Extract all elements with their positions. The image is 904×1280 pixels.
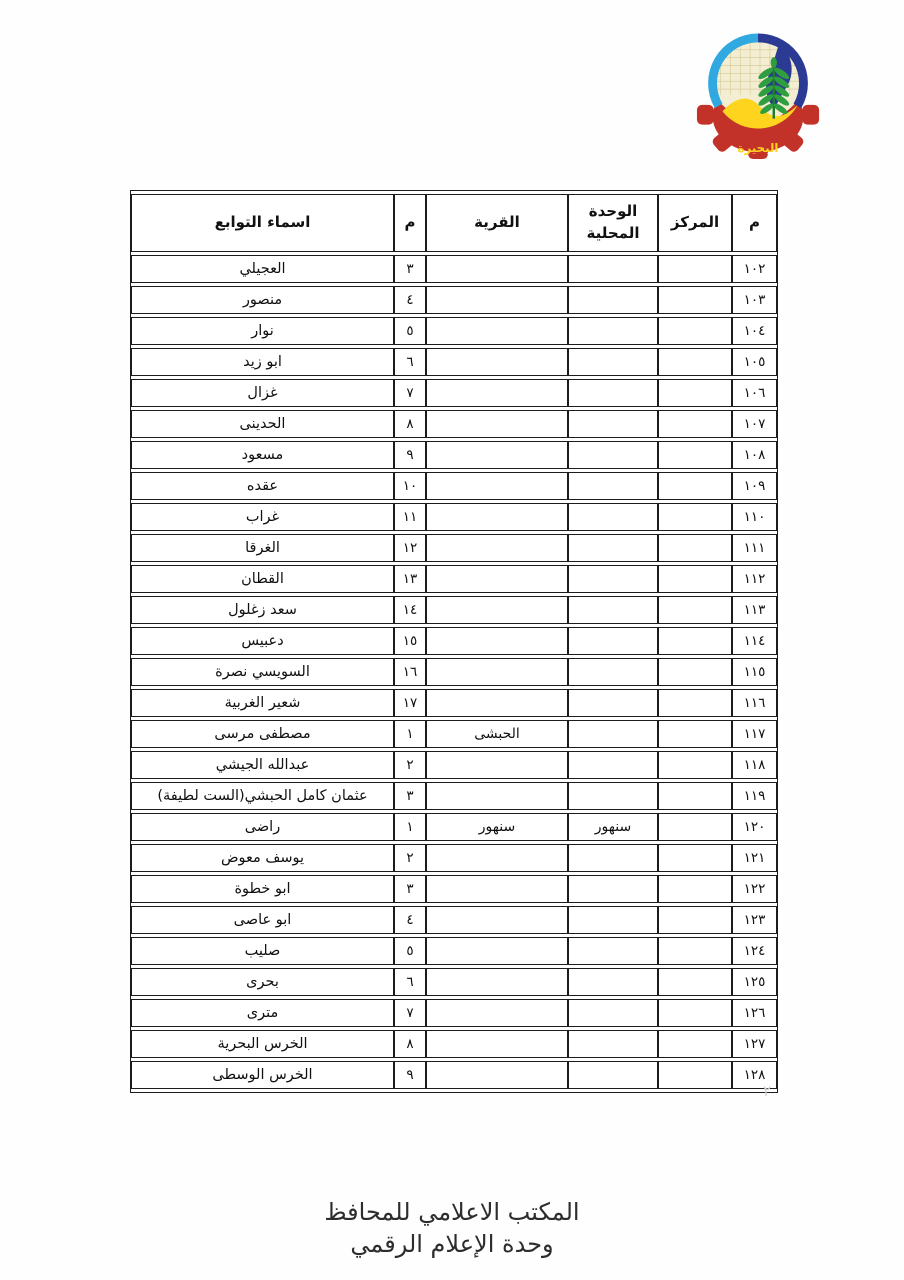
cell-center [658, 503, 732, 531]
cell-serial: ١١١ [732, 534, 777, 562]
cell-num: ١٠ [394, 472, 426, 500]
cell-village [426, 596, 568, 624]
table-row: ١٠٩ ١٠عقده [131, 472, 777, 500]
cell-village [426, 906, 568, 934]
cell-unit [568, 1030, 658, 1058]
cell-serial: ١٢٧ [732, 1030, 777, 1058]
cell-name: عثمان كامل الحبشي(الست لطيفة) [131, 782, 394, 810]
table-row: ١٢٨ ٩الخرس الوسطى [131, 1061, 777, 1089]
cell-num: ١٧ [394, 689, 426, 717]
cell-unit [568, 596, 658, 624]
header-center: المركز [658, 194, 732, 252]
cell-num: ٤ [394, 286, 426, 314]
cell-num: ١ [394, 813, 426, 841]
cell-unit [568, 255, 658, 283]
cell-unit [568, 534, 658, 562]
cell-name: عقده [131, 472, 394, 500]
cell-center [658, 565, 732, 593]
cell-unit [568, 441, 658, 469]
cell-village [426, 937, 568, 965]
cell-village [426, 286, 568, 314]
cell-num: ٩ [394, 1061, 426, 1089]
table-row: ١٢٢ ٣ابو خطوة [131, 875, 777, 903]
table-body: ١٠٢ ٣العجيلي١٠٣ ٤منصور١٠٤ ٥نوار١٠٥ ٦ابو … [131, 255, 777, 1089]
table-header: م المركز الوحدة المحلية القرية م اسماء ا… [131, 194, 777, 252]
cell-village [426, 968, 568, 996]
cell-name: صليب [131, 937, 394, 965]
table-row: ١٠٣ ٤منصور [131, 286, 777, 314]
cell-name: بحرى [131, 968, 394, 996]
cell-serial: ١٠٥ [732, 348, 777, 376]
cell-center [658, 286, 732, 314]
cell-village [426, 627, 568, 655]
cell-village [426, 472, 568, 500]
footer-unit-line: وحدة الإعلام الرقمي [0, 1228, 904, 1260]
cell-serial: ١٠٣ [732, 286, 777, 314]
cell-name: يوسف معوض [131, 844, 394, 872]
cell-center [658, 999, 732, 1027]
cell-village [426, 658, 568, 686]
cell-unit [568, 906, 658, 934]
cell-num: ٨ [394, 1030, 426, 1058]
cell-serial: ١٢١ [732, 844, 777, 872]
cell-village [426, 844, 568, 872]
cell-num: ١٥ [394, 627, 426, 655]
cell-center [658, 782, 732, 810]
cell-num: ٢ [394, 751, 426, 779]
cell-name: القطان [131, 565, 394, 593]
cell-unit [568, 348, 658, 376]
cell-village [426, 751, 568, 779]
cell-unit [568, 410, 658, 438]
cell-name: مصطفى مرسى [131, 720, 394, 748]
table-row: ١١٤ ١٥دعبيس [131, 627, 777, 655]
cell-center [658, 441, 732, 469]
table-row: ١١٣ ١٤سعد زغلول [131, 596, 777, 624]
table-row: ١١٩ ٣عثمان كامل الحبشي(الست لطيفة) [131, 782, 777, 810]
cell-unit [568, 565, 658, 593]
cell-village [426, 1061, 568, 1089]
cell-num: ٥ [394, 937, 426, 965]
cell-name: عبدالله الجيشي [131, 751, 394, 779]
cell-name: ابو خطوة [131, 875, 394, 903]
table-row: ١٢٦ ٧مترى [131, 999, 777, 1027]
cell-center [658, 906, 732, 934]
cell-center [658, 875, 732, 903]
logo-banner-text: البحيرة [738, 141, 779, 156]
faint-page-number: ٢ [763, 1082, 771, 1100]
cell-name: غراب [131, 503, 394, 531]
table-row: ١١٢ ١٣القطان [131, 565, 777, 593]
cell-serial: ١٠٦ [732, 379, 777, 407]
cell-num: ٥ [394, 317, 426, 345]
table-row: ١٢٥ ٦بحرى [131, 968, 777, 996]
cell-name: دعبيس [131, 627, 394, 655]
governorate-emblem-icon: البحيرة [696, 32, 822, 162]
cell-village [426, 410, 568, 438]
table-row: ١٢٤ ٥صليب [131, 937, 777, 965]
cell-serial: ١٢٥ [732, 968, 777, 996]
cell-num: ٢ [394, 844, 426, 872]
cell-name: مسعود [131, 441, 394, 469]
table-row: ١١٥ ١٦السويسي نصرة [131, 658, 777, 686]
cell-name: منصور [131, 286, 394, 314]
cell-num: ١٣ [394, 565, 426, 593]
cell-village [426, 782, 568, 810]
cell-center [658, 534, 732, 562]
footer: المكتب الاعلامي للمحافظ وحدة الإعلام الر… [0, 1196, 904, 1261]
cell-center [658, 689, 732, 717]
cell-center [658, 1030, 732, 1058]
table-row: ١٠٤ ٥نوار [131, 317, 777, 345]
cell-center [658, 937, 732, 965]
cell-village [426, 1030, 568, 1058]
table-row: ١٢٧ ٨الخرس البحرية [131, 1030, 777, 1058]
cell-serial: ١٠٧ [732, 410, 777, 438]
cell-num: ١١ [394, 503, 426, 531]
cell-serial: ١١٠ [732, 503, 777, 531]
cell-serial: ١٢٢ [732, 875, 777, 903]
cell-unit [568, 503, 658, 531]
cell-serial: ١٢٣ [732, 906, 777, 934]
header-unit: الوحدة المحلية [568, 194, 658, 252]
document-page: البحيرة م المركز الوحدة المحلية القرية م… [0, 0, 904, 1280]
cell-unit [568, 1061, 658, 1089]
cell-name: ابو عاصى [131, 906, 394, 934]
table-row: ١٠٢ ٣العجيلي [131, 255, 777, 283]
cell-center [658, 596, 732, 624]
cell-serial: ١٢٦ [732, 999, 777, 1027]
cell-village [426, 503, 568, 531]
table-row: ١٢٠ سنهورسنهور١راضى [131, 813, 777, 841]
cell-num: ١٦ [394, 658, 426, 686]
cell-name: الخرس البحرية [131, 1030, 394, 1058]
table-row: ١١٨ ٢عبدالله الجيشي [131, 751, 777, 779]
cell-serial: ١١٧ [732, 720, 777, 748]
cell-name: السويسي نصرة [131, 658, 394, 686]
table-row: ١٠٦ ٧غزال [131, 379, 777, 407]
cell-unit [568, 875, 658, 903]
cell-serial: ١١٦ [732, 689, 777, 717]
cell-num: ١٤ [394, 596, 426, 624]
cell-center [658, 410, 732, 438]
cell-name: مترى [131, 999, 394, 1027]
cell-unit [568, 782, 658, 810]
footer-office-line: المكتب الاعلامي للمحافظ [0, 1196, 904, 1228]
cell-unit [568, 751, 658, 779]
cell-unit [568, 689, 658, 717]
header-num: م [394, 194, 426, 252]
cell-unit [568, 844, 658, 872]
table-row: ١١١ ١٢الغرقا [131, 534, 777, 562]
cell-unit: سنهور [568, 813, 658, 841]
cell-name: راضى [131, 813, 394, 841]
cell-name: الخرس الوسطى [131, 1061, 394, 1089]
cell-num: ٣ [394, 782, 426, 810]
cell-center [658, 317, 732, 345]
header-row: م المركز الوحدة المحلية القرية م اسماء ا… [131, 194, 777, 252]
cell-center [658, 255, 732, 283]
cell-village [426, 999, 568, 1027]
cell-name: نوار [131, 317, 394, 345]
cell-name: سعد زغلول [131, 596, 394, 624]
cell-name: شعير الغربية [131, 689, 394, 717]
cell-serial: ١٠٢ [732, 255, 777, 283]
cell-center [658, 844, 732, 872]
cell-serial: ١٠٩ [732, 472, 777, 500]
cell-center [658, 379, 732, 407]
cell-unit [568, 968, 658, 996]
cell-center [658, 627, 732, 655]
cell-serial: ١١٢ [732, 565, 777, 593]
cell-unit [568, 658, 658, 686]
cell-num: ٨ [394, 410, 426, 438]
cell-serial: ١١٥ [732, 658, 777, 686]
table-row: ١١٦ ١٧شعير الغربية [131, 689, 777, 717]
followers-table: م المركز الوحدة المحلية القرية م اسماء ا… [130, 190, 778, 1093]
cell-num: ٦ [394, 348, 426, 376]
cell-name: الحدينى [131, 410, 394, 438]
cell-village [426, 379, 568, 407]
cell-num: ١ [394, 720, 426, 748]
cell-num: ٤ [394, 906, 426, 934]
table-row: ١١٠ ١١غراب [131, 503, 777, 531]
table-row: ١١٧ الحبشى١مصطفى مرسى [131, 720, 777, 748]
cell-village [426, 534, 568, 562]
cell-name: الغرقا [131, 534, 394, 562]
cell-serial: ١١٣ [732, 596, 777, 624]
cell-village [426, 348, 568, 376]
cell-village [426, 565, 568, 593]
cell-unit [568, 317, 658, 345]
cell-village: الحبشى [426, 720, 568, 748]
cell-village [426, 255, 568, 283]
cell-num: ٧ [394, 379, 426, 407]
table-row: ١٢٣ ٤ابو عاصى [131, 906, 777, 934]
table-row: ١٢١ ٢يوسف معوض [131, 844, 777, 872]
cell-unit [568, 472, 658, 500]
cell-name: غزال [131, 379, 394, 407]
cell-village [426, 875, 568, 903]
table-row: ١٠٨ ٩مسعود [131, 441, 777, 469]
cell-name: ابو زيد [131, 348, 394, 376]
cell-serial: ١٠٤ [732, 317, 777, 345]
cell-unit [568, 286, 658, 314]
cell-unit [568, 720, 658, 748]
cell-village [426, 689, 568, 717]
cell-village: سنهور [426, 813, 568, 841]
cell-unit [568, 379, 658, 407]
cell-center [658, 348, 732, 376]
cell-village [426, 317, 568, 345]
header-names: اسماء التوابع [131, 194, 394, 252]
cell-num: ٣ [394, 875, 426, 903]
cell-center [658, 751, 732, 779]
cell-serial: ١٢٤ [732, 937, 777, 965]
cell-unit [568, 999, 658, 1027]
header-village: القرية [426, 194, 568, 252]
cell-center [658, 658, 732, 686]
cell-center [658, 1061, 732, 1089]
cell-num: ٦ [394, 968, 426, 996]
cell-num: ٣ [394, 255, 426, 283]
table-row: ١٠٧ ٨الحدينى [131, 410, 777, 438]
cell-unit [568, 627, 658, 655]
table-row: ١٠٥ ٦ابو زيد [131, 348, 777, 376]
cell-center [658, 968, 732, 996]
cell-village [426, 441, 568, 469]
cell-serial: ١١٨ [732, 751, 777, 779]
cell-num: ٧ [394, 999, 426, 1027]
beheira-governorate-logo: البحيرة [696, 32, 822, 162]
cell-name: العجيلي [131, 255, 394, 283]
cell-center [658, 720, 732, 748]
cell-serial: ١١٩ [732, 782, 777, 810]
header-serial: م [732, 194, 777, 252]
cell-num: ٩ [394, 441, 426, 469]
cell-serial: ١٢٠ [732, 813, 777, 841]
cell-unit [568, 937, 658, 965]
cell-center [658, 472, 732, 500]
cell-center [658, 813, 732, 841]
cell-serial: ١١٤ [732, 627, 777, 655]
cell-serial: ١٠٨ [732, 441, 777, 469]
cell-num: ١٢ [394, 534, 426, 562]
